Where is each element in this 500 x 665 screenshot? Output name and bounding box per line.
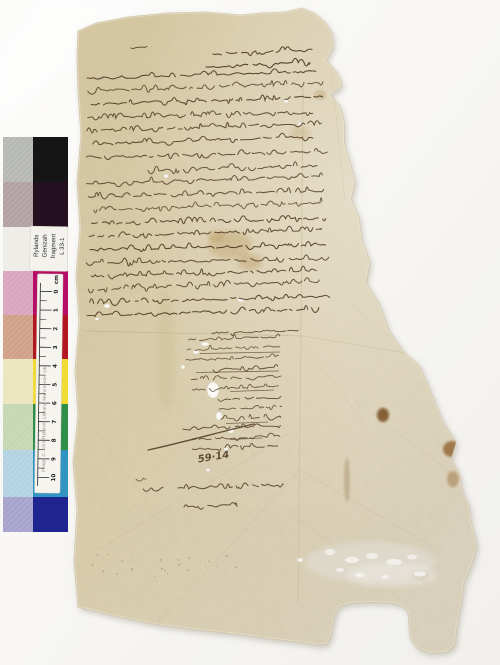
- ruler-number: 9: [51, 457, 57, 461]
- color-chip: [33, 497, 68, 532]
- chip-halftone-texture: [3, 359, 33, 404]
- ruler-number: 4: [53, 364, 59, 368]
- reference-label: RylandsGenizahfragmentL 33-1: [30, 226, 68, 271]
- chip-halftone-texture: [3, 315, 33, 359]
- chip-halftone-texture: [3, 497, 33, 532]
- chip-halftone-texture: [3, 271, 33, 315]
- chip-halftone-texture: [3, 182, 33, 227]
- label-text-line: fragment: [50, 234, 57, 259]
- label-text-line: Rylands: [33, 235, 40, 257]
- ruler-number: 3: [53, 345, 59, 349]
- digitized-photo: RylandsGenizahfragmentL 33-1 01234567891…: [0, 0, 500, 665]
- label-text-line: L 33-1: [59, 237, 66, 255]
- chip-halftone-texture: [3, 137, 33, 182]
- chip-halftone-texture: [3, 404, 33, 450]
- photo-canvas: RylandsGenizahfragmentL 33-1 01234567891…: [0, 0, 500, 665]
- ruler-number: 5: [52, 383, 58, 387]
- ruler-number: 6: [52, 401, 58, 405]
- ruler-unit-label: cm: [54, 275, 60, 284]
- ruler: 012345678910cmimage © John Rylands Libra…: [34, 274, 63, 493]
- ruler-number: 7: [52, 420, 58, 424]
- color-chip: [33, 182, 68, 227]
- chip-halftone-texture: [3, 450, 33, 497]
- ruler-number: 10: [51, 474, 57, 482]
- ruler-number: 0: [54, 290, 60, 294]
- label-text-line: Genizah: [41, 234, 48, 258]
- color-chip: [33, 137, 68, 182]
- ruler-number: 1: [54, 308, 60, 312]
- ruler-number: 2: [53, 327, 59, 331]
- ruler-number: 8: [52, 438, 58, 442]
- color-chip: [3, 227, 33, 271]
